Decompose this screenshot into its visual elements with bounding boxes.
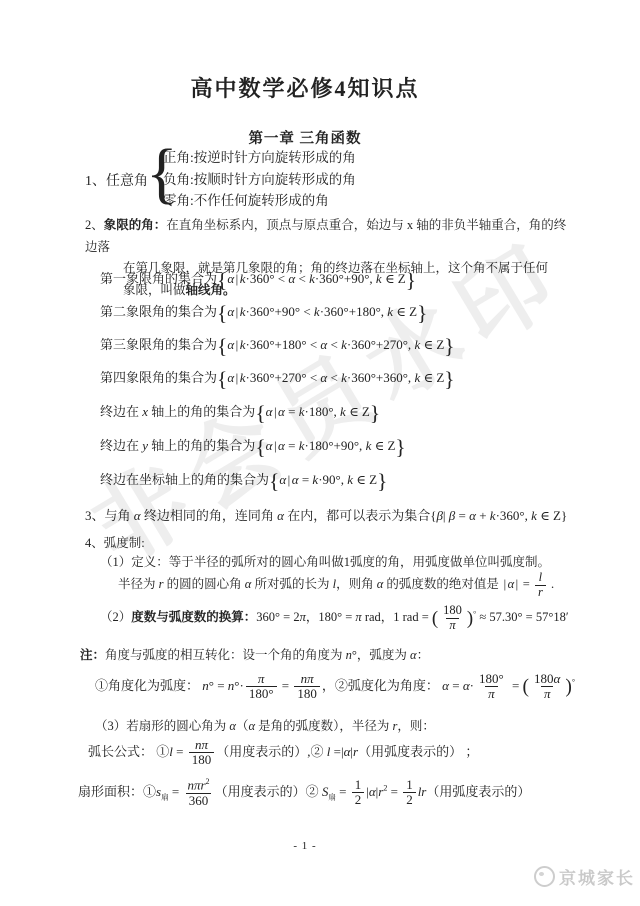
arc-length-formula-line: 弧长公式： ①l = nπ180（用度表示的）,② l =|α|r（用弧度表示的… — [88, 738, 478, 768]
page-title: 高中数学必修4知识点 — [0, 72, 610, 103]
item1-label: 1、任意角 — [85, 170, 148, 190]
item1-line-negative: 负角:按顺时针方向旋转形成的角 — [163, 169, 356, 191]
conversion-formula: 360° = 2π，180° = π rad，1 rad = (180π)° ≈… — [256, 610, 568, 624]
y-axis-set-formula: 终边在 y 轴上的角的集合为{α|α = k·180°+90°, k ∈ Z} — [100, 435, 406, 458]
item1-line-zero: 零角:不作任何旋转形成的角 — [163, 190, 356, 212]
sector-area-formula-line: 扇形面积：①s扇 = nπr2360（用度表示的）② S扇 = 12|α|r2 … — [78, 778, 530, 808]
note-term: 注： — [80, 648, 105, 662]
quadrant3-set-formula: 第三象限角的集合为{α|k·360°+180° < α < k·360°+270… — [100, 334, 455, 357]
radian-radius-formula: 半径为 r 的圆的圆心角 α 所对弧的长为 l，则角 α 的弧度数的绝对值是 |… — [118, 571, 554, 600]
item2-line1: 2、象限的角：在直角坐标系内，顶点与原点重合，始边与 x 轴的非负半轴重合，角的… — [85, 215, 575, 258]
note-line: 注：角度与弧度的相互转化：设一个角的角度为 n°，弧度为 α： — [80, 645, 429, 663]
chapter-heading: 第一章 三角函数 — [0, 127, 610, 148]
item3-coterminal-formula: 3、与角 α 终边相同的角，连同角 α 在内，都可以表示为集合{β| β = α… — [85, 505, 567, 524]
brand-logo-dot — [539, 872, 544, 876]
sector-intro-line: （3）若扇形的圆心角为 α（α 是角的弧度数），半径为 r，则： — [95, 716, 435, 734]
degree-radian-conversion-line: （2）度数与弧度数的换算：360° = 2π，180° = π rad，1 ra… — [100, 604, 569, 633]
page-number: - 1 - — [0, 840, 610, 852]
item2-number: 2、 — [85, 218, 104, 232]
radian-definition: （1）定义：等于半径的弧所对的圆心角叫做1弧度的角，用弧度做单位叫弧度制。 — [100, 552, 550, 570]
quadrant4-set-formula: 第四象限角的集合为{α|k·360°+270° < α < k·360°+360… — [100, 367, 455, 390]
conversion-term: 度数与弧度数的换算： — [131, 610, 256, 624]
x-axis-set-formula: 终边在 x 轴上的角的集合为{α|α = k·180°, k ∈ Z} — [100, 401, 380, 424]
conversion-number: （2） — [100, 610, 131, 624]
brand-logo-icon — [534, 866, 555, 887]
item4-heading: 4、弧度制: — [85, 533, 145, 551]
item1-definitions: 正角:按逆时针方向旋转形成的角 负角:按顺时针方向旋转形成的角 零角:不作任何旋… — [163, 147, 356, 212]
note-text: 角度与弧度的相互转化：设一个角的角度为 n°，弧度为 α： — [105, 648, 429, 662]
convert-formulas-line: ①角度化为弧度： n° = n°·π180° = nπ180，②弧度化为角度： … — [95, 672, 575, 702]
item2-term: 象限的角： — [104, 218, 167, 232]
item1-line-positive: 正角:按逆时针方向旋转形成的角 — [163, 147, 356, 169]
brand-name: 京城家长 — [559, 864, 635, 889]
document-page: 非会员水印 高中数学必修4知识点 第一章 三角函数 1、任意角 { 正角:按逆时… — [0, 0, 640, 906]
brand-watermark: 京城家长 — [534, 864, 635, 889]
quadrant1-set-formula: 第一象限角的集合为{α|k·360° < α < k·360°+90°, k ∈… — [100, 268, 416, 291]
quadrant2-set-formula: 第二象限角的集合为{α|k·360°+90° < k·360°+180°, k … — [100, 301, 427, 324]
axes-set-formula: 终边在坐标轴上的角的集合为{α|α = k·90°, k ∈ Z} — [100, 469, 387, 492]
